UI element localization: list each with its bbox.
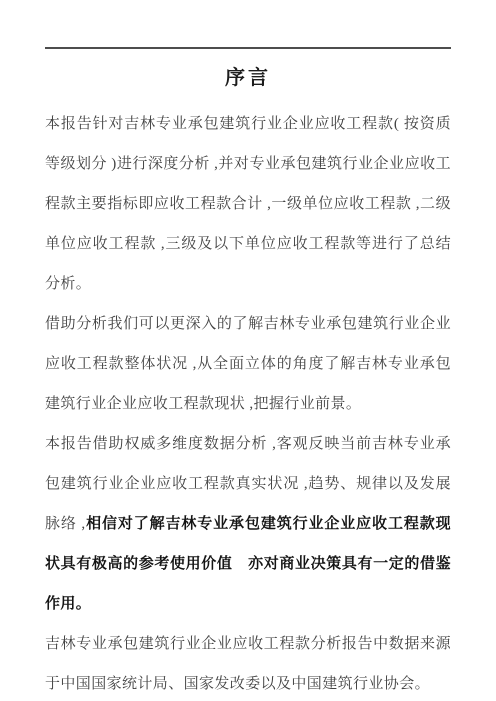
paragraph: 吉林专业承包建筑行业企业应收工程款分析报告中数据来源于中国国家统计局、国家发改委… bbox=[45, 624, 451, 701]
paragraph: 本报告针对吉林专业承包建筑行业企业应收工程款( 按资质等级划分 )进行深度分析 … bbox=[45, 104, 451, 304]
paragraph: 借助分析我们可以更深入的了解吉林专业承包建筑行业企业应收工程款整体状况 ,从全面… bbox=[45, 304, 451, 424]
text-run: 吉林专业承包建筑行业企业应收工程款分析报告中数据来源于中国国家统计局、国家发改委… bbox=[45, 636, 451, 692]
text-run: 本报告针对吉林专业承包建筑行业企业应收工程款( 按资质等级划分 )进行深度分析 … bbox=[45, 116, 451, 292]
paragraph: 本报告借助权威多维度数据分析 ,客观反映当前吉林专业承包建筑行业企业应收工程款真… bbox=[45, 424, 451, 624]
text-run: 借助分析我们可以更深入的了解吉林专业承包建筑行业企业应收工程款整体状况 ,从全面… bbox=[45, 316, 451, 412]
text-run: 相信对了解吉林专业承包建筑行业企业应收工程款现状具有极高的参考使用价值 亦对商业… bbox=[45, 515, 451, 612]
header-rule bbox=[45, 47, 451, 49]
page-title: 序言 bbox=[0, 61, 496, 90]
document-body: 本报告针对吉林专业承包建筑行业企业应收工程款( 按资质等级划分 )进行深度分析 … bbox=[45, 104, 451, 701]
document-page: 序言 本报告针对吉林专业承包建筑行业企业应收工程款( 按资质等级划分 )进行深度… bbox=[0, 0, 496, 701]
